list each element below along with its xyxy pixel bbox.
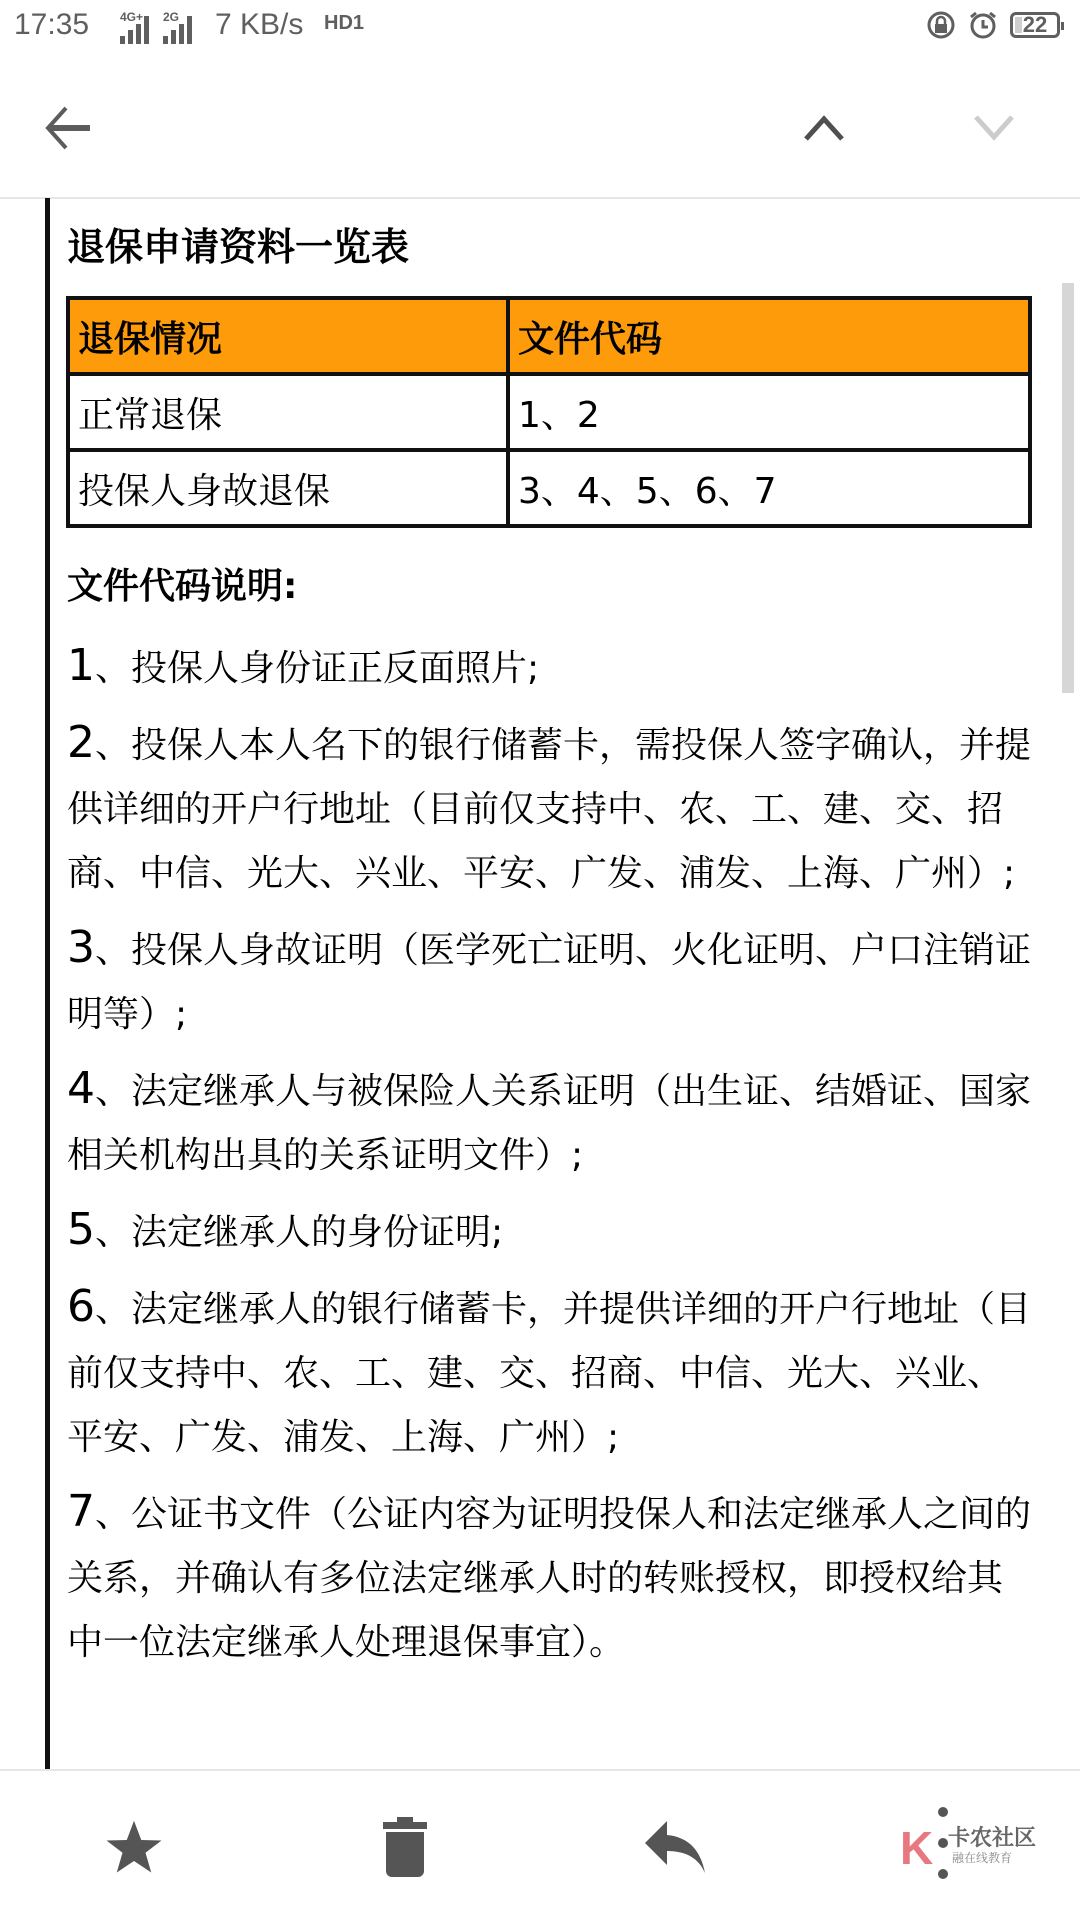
network-type-label: 4G+ — [120, 10, 143, 24]
chevron-up-icon — [802, 113, 846, 143]
table-cell: 3、4、5、6、7 — [508, 450, 1030, 526]
section-subtitle: 文件代码说明: — [67, 562, 297, 612]
trash-icon — [383, 1817, 427, 1877]
back-button[interactable] — [34, 96, 98, 160]
watermark-logo: K 卡农社区 融在线教育 — [900, 1813, 1030, 1873]
list-item: 2、投保人本人名下的银行储蓄卡，需投保人签字确认，并提供详细的开户行地址（目前仅… — [67, 711, 1037, 906]
table-row: 正常退保 1、2 — [68, 374, 1030, 450]
network-speed: 7 KB/s — [215, 8, 303, 42]
table-cell: 投保人身故退保 — [68, 450, 508, 526]
delete-button[interactable] — [365, 1807, 445, 1887]
previous-button[interactable] — [792, 96, 856, 160]
list-item: 5、法定继承人的身份证明; — [67, 1198, 1037, 1265]
documents-table: 退保情况 文件代码 正常退保 1、2 投保人身故退保 3、4、5、6、7 — [66, 296, 1032, 528]
chevron-down-icon — [972, 113, 1016, 143]
table-header-row: 退保情况 文件代码 — [68, 298, 1030, 374]
top-toolbar — [0, 56, 1080, 199]
list-item: 1、投保人身份证正反面照片; — [67, 634, 1037, 701]
table-row: 投保人身故退保 3、4、5、6、7 — [68, 450, 1030, 526]
battery-icon: 22 — [1010, 12, 1060, 38]
watermark-k-icon: K — [900, 1821, 933, 1875]
watermark-name: 卡农社区 — [948, 1821, 1036, 1852]
arrow-left-icon — [40, 102, 92, 154]
list-item: 6、法定继承人的银行储蓄卡，并提供详细的开户行地址（目前仅支持中、农、工、建、交… — [67, 1275, 1037, 1470]
bottom-action-bar: K 卡农社区 融在线教育 — [0, 1769, 1080, 1920]
table-cell: 1、2 — [508, 374, 1030, 450]
battery-level: 22 — [1023, 12, 1047, 38]
network-indicators: 4G+ 2G — [120, 8, 192, 44]
table-header-cell: 文件代码 — [508, 298, 1030, 374]
scrollbar[interactable] — [1062, 283, 1074, 693]
signal-icon-2g: 2G — [163, 16, 192, 44]
alarm-icon — [968, 10, 998, 40]
network-type-label-2: 2G — [163, 10, 179, 24]
signal-icon-4g: 4G+ — [120, 16, 149, 44]
table-cell: 正常退保 — [68, 374, 508, 450]
next-button[interactable] — [962, 96, 1026, 160]
reply-icon — [643, 1819, 707, 1875]
star-button[interactable] — [94, 1807, 174, 1887]
star-icon — [104, 1817, 164, 1877]
rotation-lock-icon — [926, 10, 956, 40]
status-bar: 17:35 4G+ 2G 7 KB/s HD1 22 — [0, 0, 1080, 56]
list-item: 7、公证书文件（公证内容为证明投保人和法定继承人之间的关系，并确认有多位法定继承… — [67, 1480, 1037, 1675]
watermark-subtitle: 融在线教育 — [952, 1849, 1012, 1866]
list-item: 3、投保人身故证明（医学死亡证明、火化证明、户口注销证明等）; — [67, 916, 1037, 1047]
list-item: 4、法定继承人与被保险人关系证明（出生证、结婚证、国家相关机构出具的关系证明文件… — [67, 1057, 1037, 1188]
hd-voice-icon: HD1 — [324, 12, 364, 35]
document-title: 退保申请资料一览表 — [67, 222, 409, 272]
code-description-list: 1、投保人身份证正反面照片; 2、投保人本人名下的银行储蓄卡，需投保人签字确认，… — [67, 634, 1037, 1685]
status-right: 22 — [926, 10, 1060, 40]
more-options-icon[interactable] — [938, 1807, 948, 1879]
reply-button[interactable] — [635, 1807, 715, 1887]
table-header-cell: 退保情况 — [68, 298, 508, 374]
status-time: 17:35 — [14, 8, 89, 42]
quote-bar — [45, 198, 50, 1770]
